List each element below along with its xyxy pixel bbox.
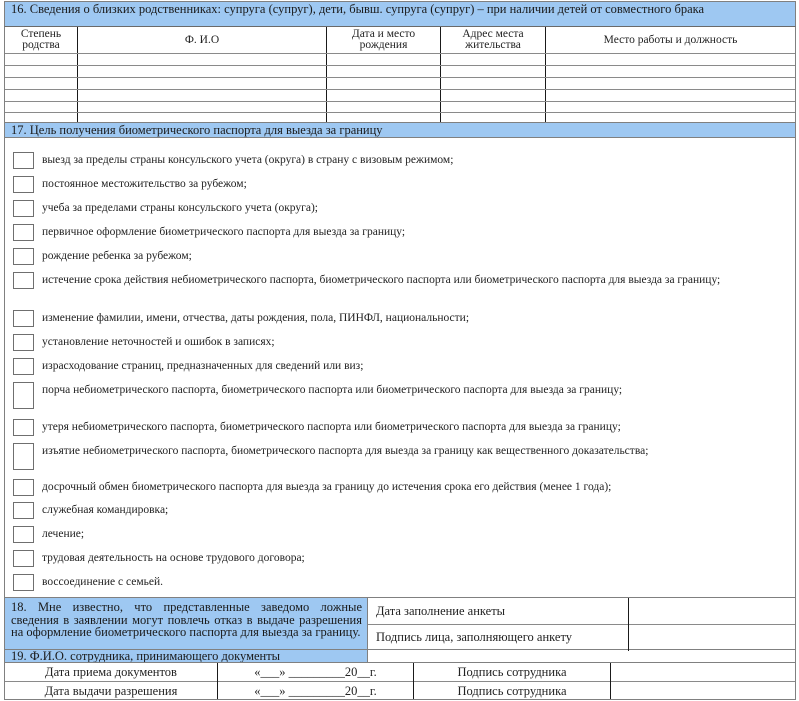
relative-workplace-cell[interactable] [547, 54, 795, 65]
relative-full-name-cell[interactable] [79, 90, 326, 101]
receipt-date-label: Дата приема документов [5, 663, 217, 681]
checkbox-icon[interactable] [13, 502, 34, 519]
applicant-signature-field[interactable] [630, 626, 794, 649]
relative-birth-date-place-cell[interactable] [328, 90, 440, 101]
purpose-option[interactable]: изменение фамилии, имени, отчества, даты… [13, 310, 785, 327]
issue-date-field[interactable]: «___» _________20__г. [218, 682, 413, 700]
relative-workplace-cell[interactable] [547, 102, 795, 112]
checkbox-icon[interactable] [13, 334, 34, 351]
issue-signature-field[interactable] [611, 682, 795, 700]
purpose-option[interactable]: утеря небиометрического паспорта, биомет… [13, 419, 785, 436]
relative-workplace-cell[interactable] [547, 78, 795, 89]
issue-date-label: Дата выдачи разрешения [5, 682, 217, 700]
section-18-fields: Дата заполнение анкеты Подпись лица, зап… [368, 597, 796, 650]
checkbox-icon[interactable] [13, 550, 34, 567]
purpose-option-label: установление неточностей и ошибок в запи… [42, 334, 275, 348]
relative-full-name-cell[interactable] [79, 54, 326, 65]
purpose-option[interactable]: изъятие небиометрического паспорта, биом… [13, 443, 785, 470]
relative-address-cell[interactable] [442, 102, 545, 112]
checkbox-icon[interactable] [13, 224, 34, 241]
relative-birth-date-place-cell[interactable] [328, 113, 440, 122]
section-16-header: 16. Сведения о близких родственниках: су… [4, 1, 796, 26]
relative-full-name-cell[interactable] [79, 113, 326, 122]
purpose-option-label: утеря небиометрического паспорта, биомет… [42, 419, 621, 433]
relative-relation-cell[interactable] [6, 90, 77, 101]
purpose-option-label: рождение ребенка за рубежом; [42, 248, 192, 262]
purpose-option[interactable]: досрочный обмен биометрического паспорта… [13, 479, 785, 496]
relative-address-cell[interactable] [442, 90, 545, 101]
section-16-title: 16. Сведения о близких родственниках: су… [11, 2, 704, 16]
purpose-option-label: истечение срока действия небиометрическо… [42, 272, 720, 286]
column-header-relation: Степень родства [5, 27, 77, 53]
relative-workplace-cell[interactable] [547, 90, 795, 101]
purpose-option[interactable]: трудовая деятельность на основе трудовог… [13, 550, 785, 567]
relative-workplace-cell[interactable] [547, 113, 795, 122]
purpose-option-label: выезд за пределы страны консульского уче… [42, 152, 453, 166]
purpose-option[interactable]: лечение; [13, 526, 785, 543]
purpose-option-label: воссоединение с семьей. [42, 574, 163, 588]
relative-birth-date-place-cell[interactable] [328, 78, 440, 89]
checkbox-icon[interactable] [13, 176, 34, 193]
purpose-option-label: служебная командировка; [42, 502, 168, 516]
purpose-option-label: постоянное местожительство за рубежом; [42, 176, 247, 190]
column-header-birth-date-place: Дата и место рождения [327, 27, 440, 53]
checkbox-icon[interactable] [13, 382, 34, 409]
purpose-option[interactable]: установление неточностей и ошибок в запи… [13, 334, 785, 351]
relative-address-cell[interactable] [442, 54, 545, 65]
relative-relation-cell[interactable] [6, 54, 77, 65]
employee-dates-table: Дата приема документов «___» _________20… [4, 662, 796, 700]
relative-workplace-cell[interactable] [547, 66, 795, 77]
purpose-option[interactable]: постоянное местожительство за рубежом; [13, 176, 785, 193]
checkbox-icon[interactable] [13, 272, 34, 289]
fill-date-label: Дата заполнение анкеты [376, 598, 626, 624]
purpose-option[interactable]: истечение срока действия небиометрическо… [13, 272, 785, 289]
issue-signature-label: Подпись сотрудника [414, 682, 610, 700]
relative-full-name-cell[interactable] [79, 102, 326, 112]
purpose-option-label: израсходование страниц, предназначенных … [42, 358, 363, 372]
relative-birth-date-place-cell[interactable] [328, 102, 440, 112]
column-header-full-name: Ф. И.О [78, 27, 326, 53]
column-header-address: Адрес места жительства [441, 27, 545, 53]
checkbox-icon[interactable] [13, 358, 34, 375]
checkbox-icon[interactable] [13, 200, 34, 217]
purpose-option[interactable]: порча небиометрического паспорта, биомет… [13, 382, 785, 409]
purpose-option-label: трудовая деятельность на основе трудовог… [42, 550, 305, 564]
checkbox-icon[interactable] [13, 479, 34, 496]
relatives-table: Степень родства Ф. И.О Дата и место рожд… [4, 26, 796, 123]
receipt-signature-field[interactable] [611, 663, 795, 681]
relative-address-cell[interactable] [442, 113, 545, 122]
purpose-option[interactable]: воссоединение с семьей. [13, 574, 785, 591]
purpose-option-label: учеба за пределами страны консульского у… [42, 200, 318, 214]
relative-birth-date-place-cell[interactable] [328, 66, 440, 77]
purpose-option[interactable]: учеба за пределами страны консульского у… [13, 200, 785, 217]
section-19-title: 19. Ф.И.О. сотрудника, принимающего доку… [11, 649, 280, 663]
purpose-option-label: порча небиометрического паспорта, биомет… [42, 382, 622, 396]
relative-relation-cell[interactable] [6, 66, 77, 77]
checkbox-icon[interactable] [13, 152, 34, 169]
purpose-option-label: лечение; [42, 526, 84, 540]
relative-address-cell[interactable] [442, 66, 545, 77]
purpose-option[interactable]: выезд за пределы страны консульского уче… [13, 152, 785, 169]
checkbox-icon[interactable] [13, 526, 34, 543]
relative-full-name-cell[interactable] [79, 78, 326, 89]
checkbox-icon[interactable] [13, 419, 34, 436]
fill-date-field[interactable] [630, 599, 794, 623]
relative-relation-cell[interactable] [6, 78, 77, 89]
relative-relation-cell[interactable] [6, 102, 77, 112]
section-17-header: 17. Цель получения биометрического паспо… [4, 122, 796, 138]
purpose-option-label: досрочный обмен биометрического паспорта… [42, 479, 611, 493]
section-18-text: 18. Мне известно, что представленные зав… [11, 600, 362, 639]
checkbox-icon[interactable] [13, 443, 34, 470]
relative-address-cell[interactable] [442, 78, 545, 89]
column-header-workplace: Место работы и должность [546, 27, 795, 53]
purpose-option[interactable]: служебная командировка; [13, 502, 785, 519]
checkbox-icon[interactable] [13, 574, 34, 591]
purpose-option-label: изменение фамилии, имени, отчества, даты… [42, 310, 469, 324]
purpose-option-label: изъятие небиометрического паспорта, биом… [42, 443, 648, 457]
section-18-statement: 18. Мне известно, что представленные зав… [4, 597, 368, 650]
relative-relation-cell[interactable] [6, 113, 77, 122]
purpose-option[interactable]: первичное оформление биометрического пас… [13, 224, 785, 241]
checkbox-icon[interactable] [13, 310, 34, 327]
relative-birth-date-place-cell[interactable] [328, 54, 440, 65]
section-17-title: 17. Цель получения биометрического паспо… [11, 123, 383, 137]
applicant-signature-label: Подпись лица, заполняющего анкету [376, 625, 626, 650]
purpose-options: выезд за пределы страны консульского уче… [4, 138, 796, 597]
purpose-option[interactable]: рождение ребенка за рубежом; [13, 248, 785, 265]
receipt-date-field[interactable]: «___» _________20__г. [218, 663, 413, 681]
purpose-option-label: первичное оформление биометрического пас… [42, 224, 405, 238]
purpose-option[interactable]: израсходование страниц, предназначенных … [13, 358, 785, 375]
checkbox-icon[interactable] [13, 248, 34, 265]
receipt-signature-label: Подпись сотрудника [414, 663, 610, 681]
relative-full-name-cell[interactable] [79, 66, 326, 77]
